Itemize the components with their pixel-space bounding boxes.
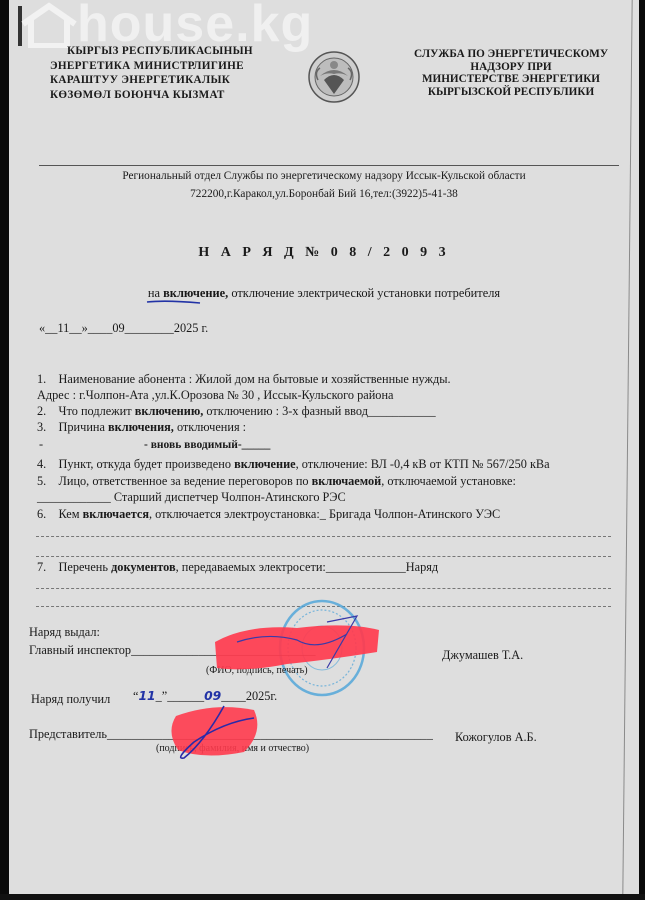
item-text: , отключение: ВЛ -0,4 кВ от КТП № 567/25… xyxy=(296,457,550,471)
item-6: 6. Кем включается, отключается электроус… xyxy=(37,507,500,522)
item-text: , передаваемых электросети:_____________… xyxy=(176,560,439,574)
item-bold: включению, xyxy=(135,404,204,418)
item-bold: документов xyxy=(111,560,176,574)
representative-name: Кожогулов А.Б. xyxy=(455,730,537,745)
date-mid: __»____ xyxy=(69,321,112,335)
item-7: 7. Перечень документов, передаваемых эле… xyxy=(37,560,438,575)
date-gap: ________ xyxy=(125,321,174,335)
received-label: Наряд получил xyxy=(31,692,110,707)
document-page: house.kg КЫРГЫЗ РЕСПУБЛИКАСЫНЫН ЭНЕРГЕТИ… xyxy=(9,0,639,894)
item-num: 7. xyxy=(37,560,46,574)
item-3: 3. Причина включения, отключения : xyxy=(37,420,246,435)
item-text: Кем xyxy=(59,507,83,521)
item-4: 4. Пункт, откуда будет произведено включ… xyxy=(37,457,550,472)
item-num: 4. xyxy=(37,457,46,471)
order-date: «__11__»____09________2025 г. xyxy=(39,321,208,336)
order-title: Н А Р Я Д № 0 8 / 2 0 9 3 xyxy=(9,245,639,261)
item-text: Причина xyxy=(59,420,109,434)
header-russian-line: НАДЗОРУ ПРИ xyxy=(401,61,621,74)
item-num: 1. xyxy=(37,372,46,386)
item-3-dash: - xyxy=(39,437,43,452)
quote-close: _”______ xyxy=(156,689,205,703)
inspector-title: Главный инспектор xyxy=(29,643,131,657)
house-icon xyxy=(19,2,79,48)
pen-underline xyxy=(146,299,202,305)
item-text: Наименование абонента : Жилой дом на быт… xyxy=(59,372,451,386)
inspector-name: Джумашев Т.А. xyxy=(442,648,523,663)
date-open: «__ xyxy=(39,321,57,335)
item-text: , отключается электроустановка:_ Бригада… xyxy=(149,507,500,521)
received-year: 2025г. xyxy=(246,689,277,703)
item-5-detail: ____________ Старший диспетчер Чолпон-Ат… xyxy=(37,490,346,505)
item-1: 1. Наименование абонента : Жилой дом на … xyxy=(37,372,451,387)
subtitle-rest: отключение электрической установки потре… xyxy=(228,286,500,300)
redaction-mark xyxy=(207,612,387,682)
header-kyrgyz-line: КӨЗӨМӨЛ БОЮНЧА КЫЗМАТ xyxy=(50,88,253,103)
blank-line xyxy=(36,536,611,537)
rep-title: Представитель xyxy=(29,727,107,741)
item-3-detail: - вновь вводимый-_____ xyxy=(144,439,270,451)
header-kyrgyz-line: КАРАШТУУ ЭНЕРГЕТИКАЛЫК xyxy=(50,73,253,88)
item-text: Перечень xyxy=(59,560,112,574)
header-russian: СЛУЖБА ПО ЭНЕРГЕТИЧЕСКОМУ НАДЗОРУ ПРИ МИ… xyxy=(401,48,621,98)
item-text: Пункт, откуда будет произведено xyxy=(59,457,235,471)
item-text: отключения : xyxy=(174,420,246,434)
item-text: Что подлежит xyxy=(59,404,135,418)
subtitle-prefix: на xyxy=(148,286,163,300)
item-text: отключению : 3-х фазный ввод___________ xyxy=(203,404,435,418)
received-day: 11 xyxy=(138,689,155,703)
header-russian-line: МИНИСТЕРСТВЕ ЭНЕРГЕТИКИ xyxy=(401,73,621,86)
item-address: Адрес : г.Чолпон-Ата ,ул.К.Орозова № 30 … xyxy=(37,388,393,403)
scan-border-left xyxy=(0,0,9,900)
item-5: 5. Лицо, ответственное за ведение перего… xyxy=(37,474,516,489)
item-bold: включаемой xyxy=(312,474,382,488)
header-russian-line: КЫРГЫЗСКОЙ РЕСПУБЛИКИ xyxy=(401,86,621,99)
date-year: 2025 г. xyxy=(174,321,208,335)
date-month: 09 xyxy=(112,321,124,335)
region-office-line: Региональный отдел Службы по энергетичес… xyxy=(9,170,639,182)
date-day: 11 xyxy=(57,321,69,335)
item-text: Лицо, ответственное за ведение переговор… xyxy=(59,474,312,488)
item-2: 2. Что подлежит включению, отключению : … xyxy=(37,404,436,419)
order-subtitle: на включение, отключение электрической у… xyxy=(9,286,639,301)
header-kyrgyz: КЫРГЫЗ РЕСПУБЛИКАСЫНЫН ЭНЕРГЕТИКА МИНИСТ… xyxy=(50,44,253,102)
blank-line xyxy=(36,556,611,557)
item-bold: включается xyxy=(83,507,149,521)
header-divider xyxy=(39,165,619,166)
item-num: 3. xyxy=(37,420,46,434)
item-num: 6. xyxy=(37,507,46,521)
date-gap: ____ xyxy=(221,689,246,703)
page-edge xyxy=(622,0,632,894)
redaction-mark xyxy=(164,702,264,762)
region-address-line: 722200,г.Каракол,ул.Боронбай Бий 16,тел:… xyxy=(9,188,639,200)
item-num: 2. xyxy=(37,404,46,418)
blank-line xyxy=(36,588,611,589)
signature-blank: ________________________________________… xyxy=(107,727,433,741)
item-text: , отключаемой установке: xyxy=(381,474,516,488)
scan-border-bottom xyxy=(0,894,645,900)
header-russian-line: СЛУЖБА ПО ЭНЕРГЕТИЧЕСКОМУ xyxy=(401,48,621,61)
issued-label: Наряд выдал: xyxy=(29,625,100,640)
item-bold: включение xyxy=(234,457,296,471)
item-bold: включения, xyxy=(108,420,174,434)
received-month: 09 xyxy=(204,689,221,703)
item-num: 5. xyxy=(37,474,46,488)
kyrgyz-state-emblem-icon xyxy=(308,50,360,104)
header-kyrgyz-line: ЭНЕРГЕТИКА МИНИСТРЛИГИНЕ xyxy=(50,59,253,74)
header-kyrgyz-line: КЫРГЫЗ РЕСПУБЛИКАСЫНЫН xyxy=(50,44,253,59)
subtitle-bold: включение, xyxy=(163,286,228,300)
